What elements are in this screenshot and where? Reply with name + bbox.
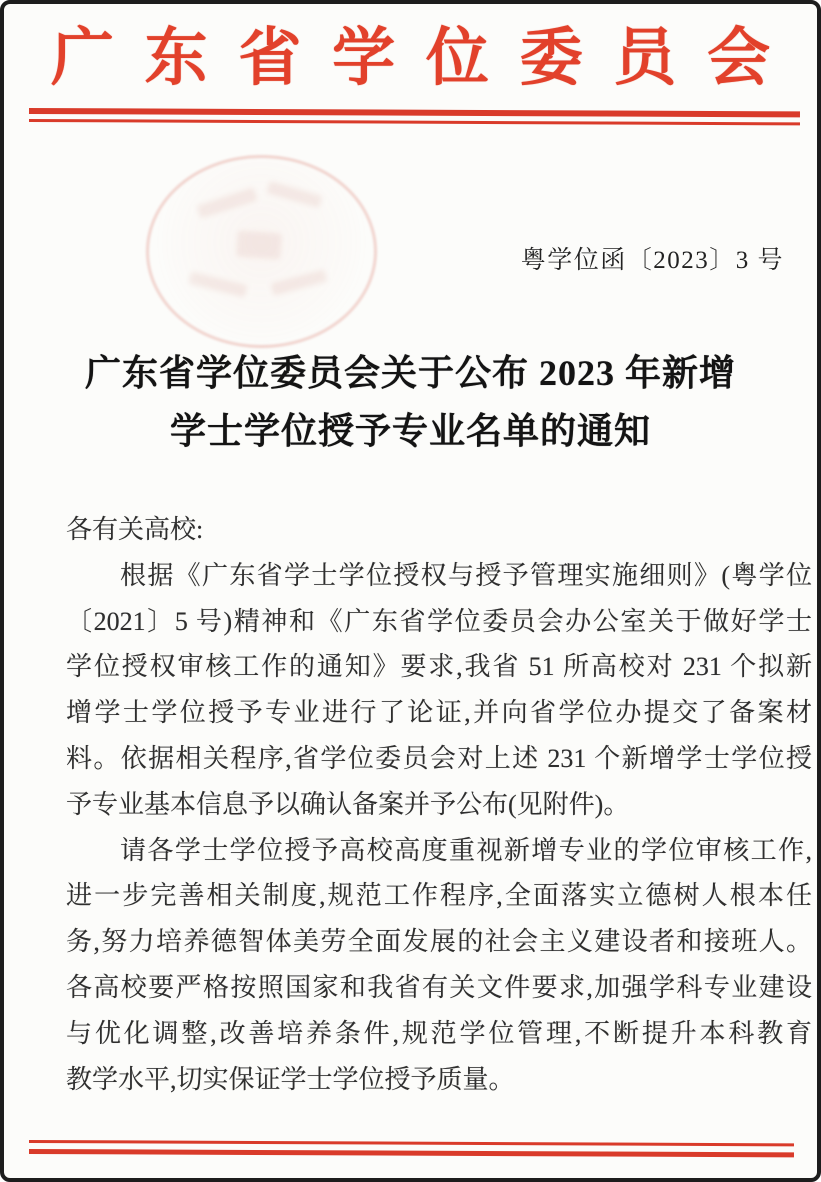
body-line-salutation: 各有关高校: — [66, 507, 812, 553]
body-line: 进一步完善相关制度,规范工作程序,全面落实立德树人根本任 — [66, 873, 812, 919]
body-line: 与优化调整,改善培养条件,规范学位管理,不断提升本科教育 — [66, 1011, 812, 1057]
notice-title-line2: 学士学位授予专业名单的通知 — [4, 402, 817, 460]
body-line: 请各学士学位授予高校高度重视新增专业的学位审核工作, — [66, 828, 812, 874]
body-line: 〔2021〕5 号)精神和《广东省学位委员会办公室关于做好学士 — [66, 599, 812, 645]
letterhead-separator-thick — [29, 108, 800, 117]
notice-title: 广东省学位委员会关于公布 2023 年新增 学士学位授予专业名单的通知 — [4, 344, 817, 460]
body-line: 予专业基本信息予以确认备案并予公布(见附件)。 — [66, 782, 812, 828]
body-line: 教学水平,切实保证学士学位授予质量。 — [66, 1057, 812, 1103]
notice-body: 各有关高校: 根据《广东省学士学位授权与授予管理实施细则》(粤学位 〔2021〕… — [66, 507, 812, 1102]
body-line: 根据《广东省学士学位授权与授予管理实施细则》(粤学位 — [66, 553, 812, 599]
notice-title-line1: 广东省学位委员会关于公布 2023 年新增 — [4, 344, 817, 402]
official-seal-icon — [146, 155, 377, 348]
seal-smudge — [188, 271, 247, 298]
document-reference-number: 粤学位函〔2023〕3 号 — [521, 240, 784, 276]
footer-separator-thin — [29, 1140, 794, 1146]
letterhead-separator-thin — [29, 119, 800, 125]
body-line: 料。依据相关程序,省学位委员会对上述 231 个新增学士学位授 — [66, 736, 812, 782]
body-line: 增学士学位授予专业进行了论证,并向省学位办提交了备案材 — [66, 690, 812, 736]
body-line: 务,努力培养德智体美劳全面发展的社会主义建设者和接班人。 — [66, 919, 812, 965]
scanned-document-page: 广 东 省 学 位 委 员 会 粤学位函〔2023〕3 号 广东省学位委员会关于… — [0, 0, 821, 1182]
seal-smudge — [196, 187, 257, 219]
seal-smudge — [266, 181, 322, 209]
seal-smudge — [236, 230, 282, 259]
body-line: 各高校要严格按照国家和我省有关文件要求,加强学科专业建设 — [66, 965, 812, 1011]
body-line: 学位授权审核工作的通知》要求,我省 51 所高校对 231 个拟新 — [66, 644, 812, 690]
letterhead-org-name: 广 东 省 学 位 委 员 会 — [34, 12, 787, 104]
seal-smudge — [270, 269, 327, 296]
footer-separator-thick — [29, 1149, 794, 1157]
